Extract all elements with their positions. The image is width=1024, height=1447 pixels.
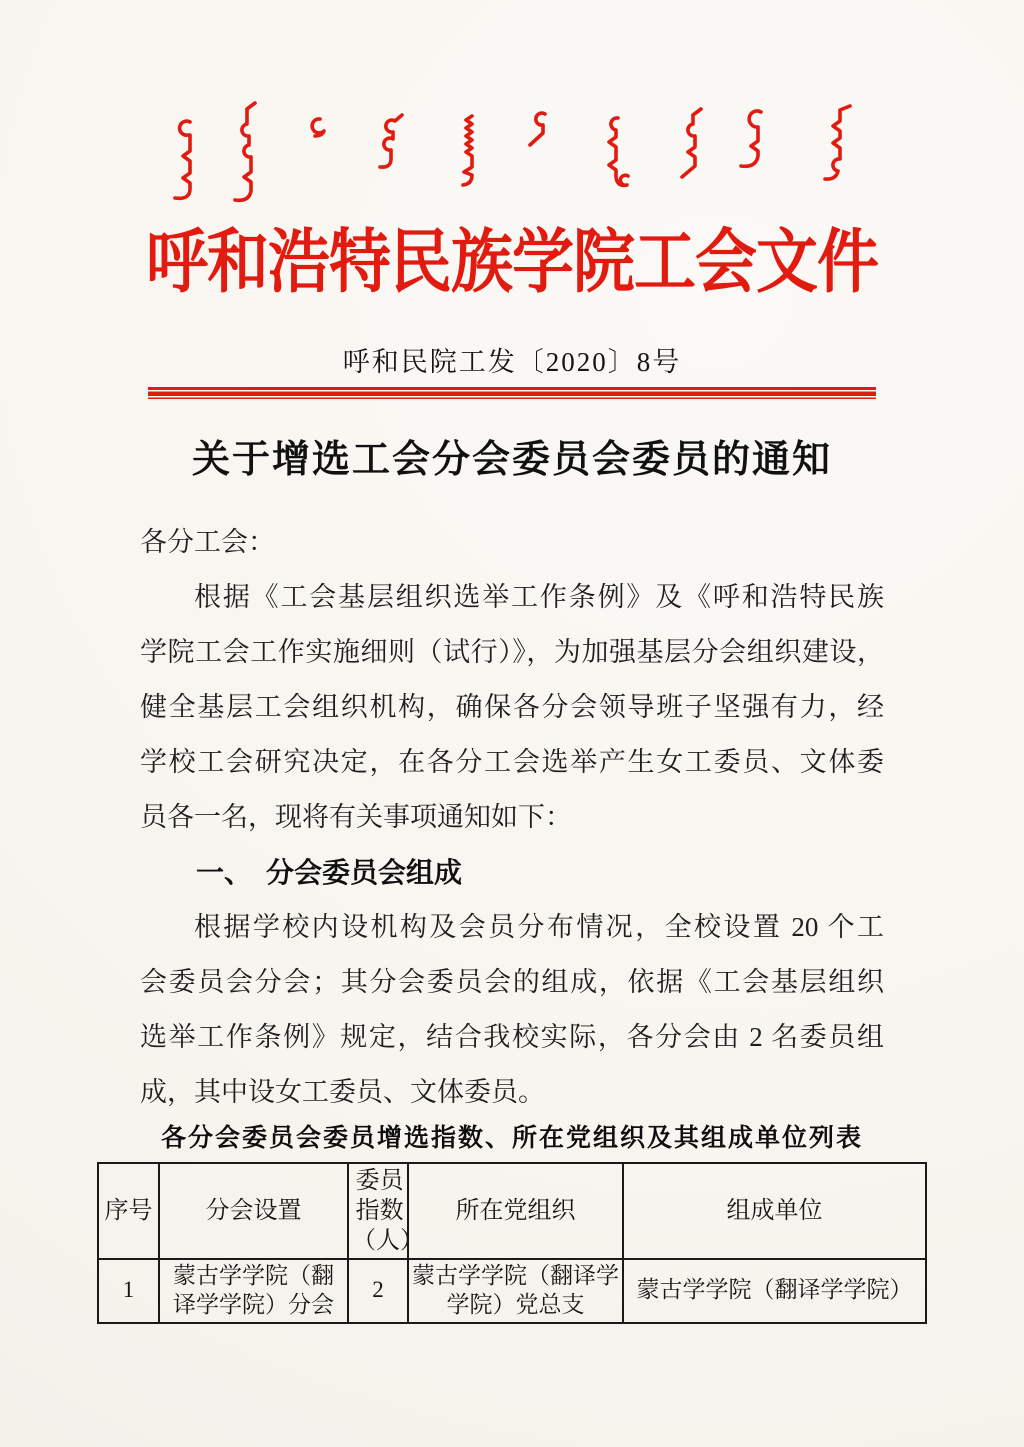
body-line: 选举工作条例》规定，结合我校实际，各分会由 2 名委员组 bbox=[140, 1010, 884, 1065]
body-line: 成，其中设女工委员、文体委员。 bbox=[140, 1065, 884, 1120]
mongolian-script-svg bbox=[162, 96, 862, 208]
body-line: 会委员会分会；其分会委员会的组成，依据《工会基层组织 bbox=[140, 955, 884, 1010]
table-header-cell: 分会设置 bbox=[159, 1163, 348, 1259]
table-header-cell: 组成单位 bbox=[623, 1163, 926, 1259]
body-line: 学校工会研究决定，在各分工会选举产生女工委员、文体委 bbox=[140, 735, 884, 790]
document-body: 各分工会： 根据《工会基层组织选举工作条例》及《呼和浩特民族 学院工会工作实施细… bbox=[140, 515, 884, 1120]
red-divider-rule bbox=[148, 387, 876, 399]
table-header-cell-text: 委员指数（人） bbox=[352, 1166, 407, 1256]
table-cell: 2 bbox=[348, 1259, 408, 1323]
table-cell: 1 bbox=[98, 1259, 159, 1323]
table-cell: 蒙古学学院（翻译学学院）分会 bbox=[159, 1259, 348, 1323]
body-line: 员各一名，现将有关事项通知如下： bbox=[140, 790, 884, 845]
body-line: 学院工会工作实施细则（试行）》，为加强基层分会组织建设， bbox=[140, 625, 884, 680]
section-heading: 一、 分会委员会组成 bbox=[140, 845, 884, 900]
document-page: 呼和浩特民族学院工会文件 呼和民院工发〔2020〕8号 关于增选工会分会委员会委… bbox=[0, 0, 1024, 1447]
table-cell: 蒙古学学院（翻译学学院）党总支 bbox=[408, 1259, 623, 1323]
committee-table: 序号 分会设置 委员指数（人） 所在党组织 组成单位 1 蒙古学学院（翻译学学院… bbox=[97, 1162, 927, 1324]
table-header-cell: 委员指数（人） bbox=[348, 1163, 408, 1259]
body-line: 根据学校内设机构及会员分布情况，全校设置 20 个工 bbox=[140, 900, 884, 955]
table-header-cell: 所在党组织 bbox=[408, 1163, 623, 1259]
org-title: 呼和浩特民族学院工会文件 bbox=[0, 206, 1024, 306]
table-header-cell: 序号 bbox=[98, 1163, 159, 1259]
table-cell: 蒙古学学院（翻译学学院） bbox=[623, 1259, 926, 1323]
body-line: 健全基层工会组织机构，确保各分会领导班子坚强有力，经 bbox=[140, 680, 884, 735]
mongolian-script-icon bbox=[162, 96, 862, 208]
document-title: 关于增选工会分会委员会委员的通知 bbox=[0, 428, 1024, 483]
table-header-row: 序号 分会设置 委员指数（人） 所在党组织 组成单位 bbox=[98, 1163, 926, 1259]
body-line: 根据《工会基层组织选举工作条例》及《呼和浩特民族 bbox=[140, 570, 884, 625]
table-caption: 各分会委员会委员增选指数、所在党组织及其组成单位列表 bbox=[0, 1118, 1024, 1154]
doc-number: 呼和民院工发〔2020〕8号 bbox=[0, 340, 1024, 379]
salutation: 各分工会： bbox=[140, 515, 884, 570]
table-row: 1 蒙古学学院（翻译学学院）分会 2 蒙古学学院（翻译学学院）党总支 蒙古学学院… bbox=[98, 1259, 926, 1323]
